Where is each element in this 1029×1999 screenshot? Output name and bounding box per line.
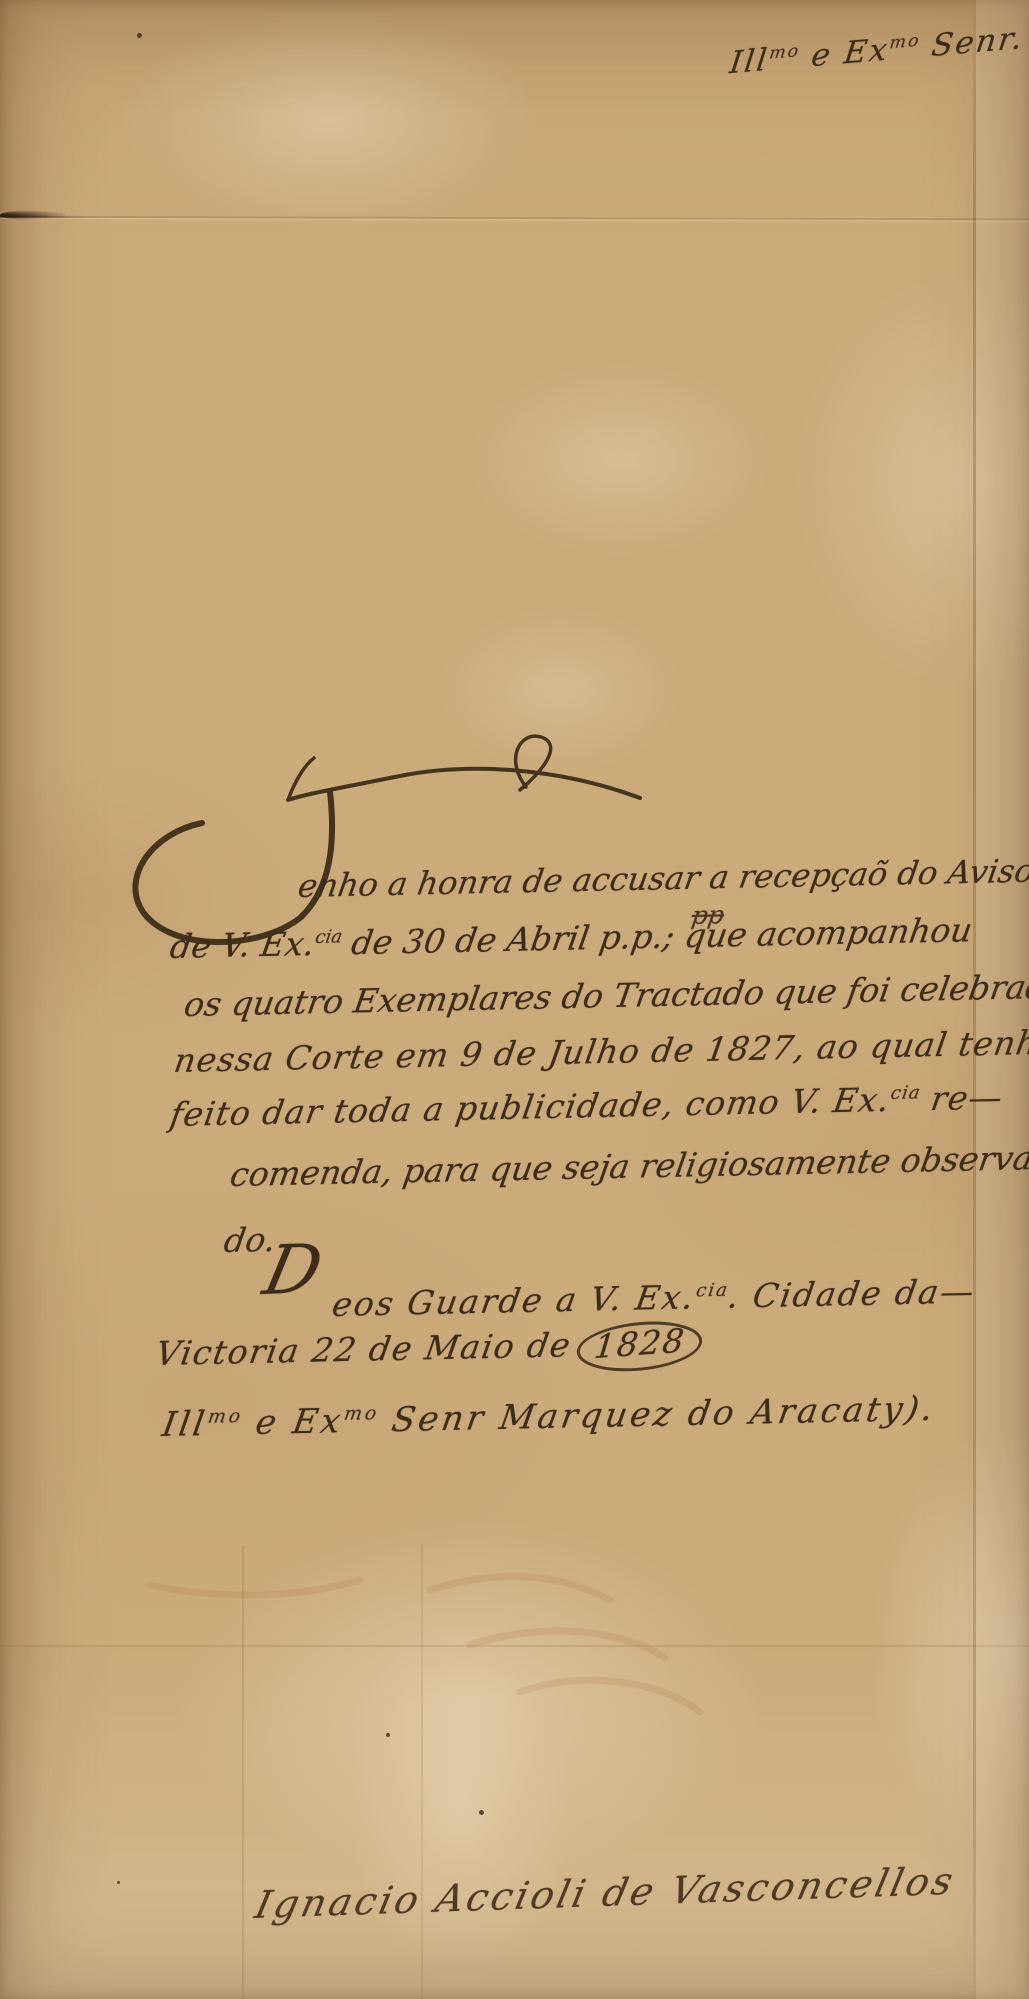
body-line-1-text: enho a honra de accusar a recepçaõ do Av… (296, 852, 1029, 905)
body-line-6: comenda, para que seja religiosamente ob… (228, 1141, 1029, 1191)
faint-lower-crease (0, 1645, 1029, 1647)
closing-line-1: eos Guarde a V. Ex.cia. Cidade da— (330, 1275, 978, 1321)
body-line-2-text: de V. Ex. (168, 924, 318, 966)
body-line-1: enho a honra de accusar a recepçaõ do Av… (296, 855, 1029, 902)
circled-year: 1828 (574, 1317, 704, 1375)
closing-line-1-text: . Cidade da— (725, 1272, 978, 1316)
closing-line-1-text: eos Guarde a V. Ex. (330, 1277, 699, 1324)
vertical-crease-left (242, 1545, 244, 1999)
addressee-line: Illmo e Exmo Senr Marquez do Aracaty). (160, 1392, 938, 1442)
body-line-4-text: nessa Corte em 9 de Julho de 1827, ao qu… (172, 1023, 1029, 1080)
superscript-cia: cia (889, 1082, 922, 1104)
body-line-3: os quatro Exemplares do Tractado que foi… (182, 970, 1029, 1021)
horizontal-fold-crease (0, 216, 1029, 221)
body-line-5-text: re— (917, 1078, 1006, 1119)
body-line-6-text: comenda, para que seja religiosamente ob… (228, 1138, 1029, 1194)
body-line-3-text: os quatro Exemplares do Tractado que foi… (182, 967, 1029, 1024)
body-line-2: de V. Ex.cia de 30 de Abril p.p.; que ac… (168, 913, 975, 963)
heading-salutation: Illmo e Exmo Senr. (545, 23, 1026, 95)
superscript-cia: cia (695, 1280, 731, 1302)
addressee-text: e Ex (239, 1401, 346, 1443)
superscript-cia: cia (314, 926, 344, 948)
ink-speck (386, 1733, 390, 1737)
body-line-5-text: feito dar toda a publicidade, como V. Ex… (168, 1080, 893, 1134)
body-line-4: nessa Corte em 9 de Julho de 1827, ao qu… (172, 1026, 1029, 1077)
addressee-text: Senr Marquez do Aracaty). (375, 1389, 939, 1441)
left-edge-tear (0, 210, 66, 220)
heading-superscript: mo (888, 31, 921, 54)
heading-text: e Ex (797, 32, 891, 76)
body-line-5: feito dar toda a publicidade, como V. Ex… (168, 1081, 1005, 1131)
year-text: 1828 (592, 1321, 687, 1366)
heading-text: Ill (728, 42, 771, 81)
addressee-superscript: mo (343, 1403, 381, 1425)
date-line: Victoria 22 de Maio de1828 (152, 1321, 705, 1381)
ink-speck (117, 1881, 120, 1884)
addressee-superscript: mo (206, 1406, 244, 1428)
signature-name: Ignacio Accioli de Vasconcellos (251, 1859, 959, 1927)
ink-speck (479, 1810, 484, 1815)
signature-line: Ignacio Accioli de Vasconcellos (252, 1862, 959, 1924)
vertical-crease-mid (421, 1545, 423, 1999)
date-text: Victoria 22 de Maio de (153, 1325, 574, 1373)
ink-speck (137, 33, 142, 38)
manuscript-page: Illmo e Exmo Senr. enho a honra de accus… (0, 0, 1029, 1999)
heading-superscript: mo (768, 41, 801, 64)
body-line-2-text: de 30 de Abril p.p.; que acompanhou (338, 910, 975, 962)
addressee-text: Ill (160, 1404, 211, 1445)
